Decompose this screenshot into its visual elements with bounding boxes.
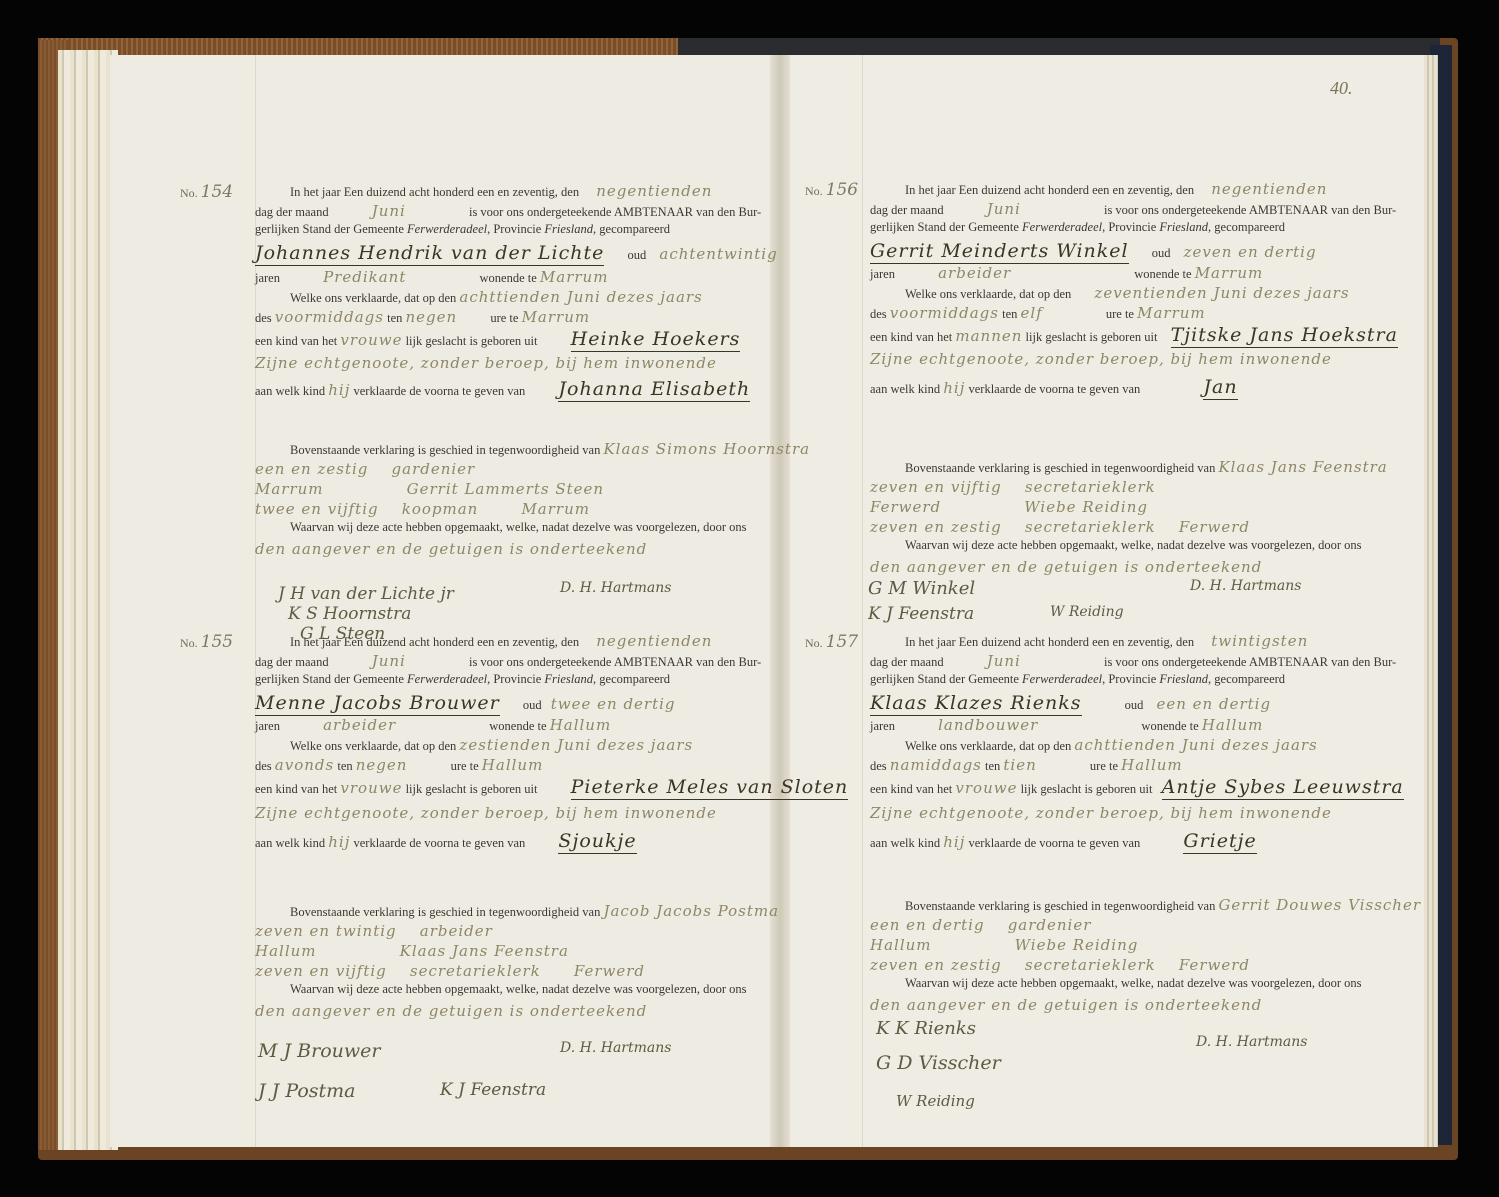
signature-official-155: D. H. Hartmans (560, 1040, 671, 1056)
label: Bovenstaande verklaring is geschied in t… (905, 899, 1215, 913)
hw-witness1-occupation: gardenier (1008, 916, 1092, 934)
hw-witness2-residence: Marrum (521, 500, 590, 518)
hw-declarant: Gerrit Meinderts Winkel (870, 240, 1129, 264)
hw-occupation: landbouwer (938, 716, 1038, 734)
entry-number: No. 154 (180, 182, 233, 202)
hw-hour: negen (356, 756, 408, 774)
label: is voor ons ondergeteekende AMBTENAAR va… (469, 655, 761, 669)
hw-witness2-name: Wiebe Reiding (1015, 936, 1139, 954)
signature-witness2-155: K J Feenstra (440, 1080, 546, 1100)
hw-month: Juni (987, 200, 1021, 218)
label: jaren (870, 719, 895, 733)
signature-declarant-154: J H van der Lichte jr (278, 584, 454, 604)
hw-pronoun: hij (328, 833, 350, 851)
label: Welke ons verklaarde, dat op den (290, 291, 456, 305)
gemeente: Ferwerderadeel (407, 672, 487, 686)
closing-text: Waarvan wij deze acte hebben opgemaakt, … (290, 982, 747, 996)
label: oud (1125, 698, 1144, 712)
printed-intro: In het jaar Een duizend acht honderd een… (290, 185, 579, 199)
signature-official-154: D. H. Hartmans (560, 580, 671, 596)
hw-witness1-residence: Hallum (870, 936, 932, 954)
printed-intro: In het jaar Een duizend acht honderd een… (290, 635, 579, 649)
hw-declarant: Klaas Klazes Rienks (870, 692, 1082, 716)
signature-witness1-157: G D Visscher (876, 1052, 1001, 1074)
hw-witness2-age: twee en vijftig (255, 500, 379, 518)
signature-witness1-154: K S Hoornstra (288, 604, 411, 624)
label: wonende te (1141, 719, 1198, 733)
hw-birth-day: zeventienden Juni dezes jaars (1094, 284, 1349, 302)
label: oud (523, 698, 542, 712)
label: lijk geslacht is geboren uit (1026, 330, 1158, 344)
hw-hour: negen (406, 308, 458, 326)
hw-sex: vrouwe (340, 331, 402, 349)
witness-block-155: Bovenstaande verklaring is geschied in t… (255, 902, 775, 1042)
hw-witness2-age: zeven en vijftig (255, 962, 387, 980)
hw-day: twintigsten (1211, 632, 1308, 650)
label: wonende te (1134, 267, 1191, 281)
hw-month: Juni (372, 652, 406, 670)
label: gerlijken Stand der Gemeente (870, 672, 1019, 686)
entry-number: No. 155 (180, 632, 233, 652)
hw-relation: Zijne echtgenoote, zonder beroep, bij he… (870, 804, 1332, 822)
hw-relation: Zijne echtgenoote, zonder beroep, bij he… (255, 804, 717, 822)
label: , Provincie (1102, 220, 1156, 234)
hw-sex: mannen (955, 327, 1022, 345)
hw-witness1-residence: Ferwerd (870, 498, 941, 516)
label: ure te (1106, 307, 1134, 321)
hw-residence: Marrum (1195, 264, 1264, 282)
page-stack-left (58, 50, 118, 1150)
hw-pronoun: hij (328, 381, 350, 399)
label: verklaarde de (353, 384, 421, 398)
label: dag der maand (255, 655, 329, 669)
hw-child-name: Grietje (1183, 830, 1256, 854)
label: voorna (424, 384, 459, 398)
label: een kind van het (870, 782, 952, 796)
witness-block-156: Bovenstaande verklaring is geschied in t… (870, 458, 1390, 598)
label: gerlijken Stand der Gemeente (255, 222, 404, 236)
hw-mother: Antje Sybes Leeuwstra (1162, 776, 1404, 800)
hw-witness1-name: Jacob Jacobs Postma (603, 902, 779, 920)
hw-witness1-age: een en zestig (255, 460, 368, 478)
gemeente: Ferwerderadeel (1022, 672, 1102, 686)
hw-witness2-occupation: koopman (402, 500, 479, 518)
label: is voor ons ondergeteekende AMBTENAAR va… (469, 205, 761, 219)
hw-witness1-occupation: secretarieklerk (1025, 478, 1156, 496)
label: ten (337, 759, 352, 773)
label: voorna (1039, 382, 1074, 396)
signature-witness2-157: W Reiding (896, 1092, 975, 1110)
hw-relation: Zijne echtgenoote, zonder beroep, bij he… (870, 350, 1332, 368)
label: een kind van het (870, 330, 952, 344)
label: ure te (451, 759, 479, 773)
label: , gecompareerd (593, 222, 670, 236)
hw-witness1-name: Gerrit Douwes Visscher (1218, 896, 1421, 914)
hw-declarant: Johannes Hendrik van der Lichte (255, 242, 604, 266)
hw-pronoun: hij (943, 379, 965, 397)
hw-birth-day: zestienden Juni dezes jaars (459, 736, 693, 754)
label: verklaarde de (968, 382, 1036, 396)
hw-day: negentienden (596, 632, 712, 650)
label: Bovenstaande verklaring is geschied in t… (905, 461, 1215, 475)
hw-witness1-age: zeven en vijftig (870, 478, 1002, 496)
label: des (870, 759, 887, 773)
hw-declarant: Menne Jacobs Brouwer (255, 692, 500, 716)
label: gerlijken Stand der Gemeente (870, 220, 1019, 234)
hw-child-name: Johanna Elisabeth (558, 378, 750, 402)
hw-witness2-residence: Ferwerd (1179, 518, 1250, 536)
hw-sex: vrouwe (340, 779, 402, 797)
label: aan welk kind (870, 382, 940, 396)
label: gerlijken Stand der Gemeente (255, 672, 404, 686)
label: te geven van (1077, 382, 1140, 396)
signature-witness1-155: J J Postma (258, 1080, 356, 1102)
label: ure te (1090, 759, 1118, 773)
label: dag der maand (255, 205, 329, 219)
hw-child-name: Jan (1203, 376, 1237, 400)
hw-birth-place: Marrum (1137, 304, 1206, 322)
hw-witness2-age: zeven en zestig (870, 956, 1002, 974)
label: , gecompareerd (1208, 672, 1285, 686)
register-entry-156: No. 156 In het jaar Een duizend acht hon… (805, 180, 1395, 410)
hw-day: negentienden (1211, 180, 1327, 198)
hw-witness2-name: Klaas Jans Feenstra (400, 942, 569, 960)
label: is voor ons ondergeteekende AMBTENAAR va… (1104, 203, 1396, 217)
hw-witness2-occupation: secretarieklerk (410, 962, 541, 980)
hw-witness1-occupation: gardenier (392, 460, 476, 478)
label: Welke ons verklaarde, dat op den (290, 739, 456, 753)
hw-age: een en dertig (1157, 695, 1272, 713)
hw-birth-place: Marrum (522, 308, 591, 326)
label: des (255, 311, 272, 325)
label: wonende te (489, 719, 546, 733)
label: jaren (870, 267, 895, 281)
hw-sex: vrouwe (955, 779, 1017, 797)
printed-intro: In het jaar Een duizend acht honderd een… (905, 635, 1194, 649)
hw-witness2-occupation: secretarieklerk (1025, 518, 1156, 536)
label: , gecompareerd (1208, 220, 1285, 234)
hw-month: Juni (987, 652, 1021, 670)
hw-occupation: arbeider (323, 716, 396, 734)
register-entry-155: No. 155 In het jaar Een duizend acht hon… (180, 632, 770, 862)
hw-time-of-day: namiddags (890, 756, 982, 774)
hw-age: zeven en dertig (1184, 243, 1317, 261)
witness-block-154: Bovenstaande verklaring is geschied in t… (255, 440, 775, 580)
label: des (870, 307, 887, 321)
label: jaren (255, 271, 280, 285)
hw-mother: Tjitske Jans Hoekstra (1171, 324, 1398, 348)
hw-closing: den aangever en de getuigen is onderteek… (870, 558, 1262, 576)
label: aan welk kind (870, 836, 940, 850)
label: dag der maand (870, 655, 944, 669)
hw-time-of-day: avonds (275, 756, 334, 774)
signature-declarant-155: M J Brouwer (258, 1040, 380, 1062)
hw-birth-place: Hallum (482, 756, 544, 774)
label: verklaarde de (353, 836, 421, 850)
label: wonende te (480, 271, 537, 285)
label: te geven van (462, 384, 525, 398)
label: lijk geslacht is geboren uit (406, 334, 538, 348)
closing-text: Waarvan wij deze acte hebben opgemaakt, … (290, 520, 747, 534)
hw-birth-place: Hallum (1121, 756, 1183, 774)
label: aan welk kind (255, 836, 325, 850)
hw-age: twee en dertig (551, 695, 676, 713)
hw-witness1-age: een en dertig (870, 916, 985, 934)
label: ten (387, 311, 402, 325)
label: Welke ons verklaarde, dat op den (905, 287, 1071, 301)
hw-witness1-residence: Marrum (255, 480, 324, 498)
label: aan welk kind (255, 384, 325, 398)
hw-witness1-residence: Hallum (255, 942, 317, 960)
label: , Provincie (1102, 672, 1156, 686)
label: te geven van (1077, 836, 1140, 850)
label: oud (628, 248, 647, 262)
hw-closing: den aangever en de getuigen is onderteek… (255, 1002, 647, 1020)
hw-witness2-name: Wiebe Reiding (1024, 498, 1148, 516)
entry-number: No. 156 (805, 180, 858, 200)
signature-declarant-156: G M Winkel (868, 578, 975, 599)
hw-residence: Hallum (550, 716, 612, 734)
label: , Provincie (487, 222, 541, 236)
closing-text: Waarvan wij deze acte hebben opgemaakt, … (905, 538, 1362, 552)
hw-closing: den aangever en de getuigen is onderteek… (255, 540, 647, 558)
signature-witness1-156: K J Feenstra (868, 604, 974, 624)
label: Bovenstaande verklaring is geschied in t… (290, 905, 600, 919)
register-entry-154: No. 154 In het jaar Een duizend acht hon… (180, 182, 770, 422)
provincie: Friesland (1159, 220, 1208, 234)
page-stack-right (1424, 55, 1438, 1147)
hw-witness2-residence: Ferwerd (574, 962, 645, 980)
hw-witness1-name: Klaas Jans Feenstra (1218, 458, 1387, 476)
signature-witness2-156: W Reiding (1050, 604, 1124, 620)
gemeente: Ferwerderadeel (407, 222, 487, 236)
provincie: Friesland (544, 672, 593, 686)
hw-witness2-residence: Ferwerd (1179, 956, 1250, 974)
label: voorna (424, 836, 459, 850)
hw-hour: elf (1021, 304, 1043, 322)
label: lijk geslacht is geboren uit (406, 782, 538, 796)
label: des (255, 759, 272, 773)
label: een kind van het (255, 782, 337, 796)
hw-relation: Zijne echtgenoote, zonder beroep, bij he… (255, 354, 717, 372)
label: is voor ons ondergeteekende AMBTENAAR va… (1104, 655, 1396, 669)
label: ure te (490, 311, 518, 325)
hw-witness2-name: Gerrit Lammerts Steen (407, 480, 604, 498)
hw-witness2-age: zeven en zestig (870, 518, 1002, 536)
hw-closing: den aangever en de getuigen is onderteek… (870, 996, 1262, 1014)
hw-month: Juni (372, 202, 406, 220)
signature-official-156: D. H. Hartmans (1190, 578, 1301, 594)
hw-pronoun: hij (943, 833, 965, 851)
register-entry-157: No. 157 In het jaar Een duizend acht hon… (805, 632, 1395, 862)
hw-occupation: arbeider (938, 264, 1011, 282)
label: jaren (255, 719, 280, 733)
hw-birth-day: achttienden Juni dezes jaars (459, 288, 702, 306)
label: te geven van (462, 836, 525, 850)
provincie: Friesland (544, 222, 593, 236)
hw-occupation: Predikant (323, 268, 406, 286)
provincie: Friesland (1159, 672, 1208, 686)
label: lijk geslacht is geboren uit (1021, 782, 1153, 796)
hw-residence: Marrum (540, 268, 609, 286)
label: , Provincie (487, 672, 541, 686)
label: voorna (1039, 836, 1074, 850)
label: ten (985, 759, 1000, 773)
hw-birth-day: achttienden Juni dezes jaars (1074, 736, 1317, 754)
hw-day: negentienden (596, 182, 712, 200)
hw-mother: Heinke Hoekers (571, 328, 741, 352)
label: Welke ons verklaarde, dat op den (905, 739, 1071, 753)
hw-child-name: Sjoukje (558, 830, 636, 854)
hw-hour: tien (1003, 756, 1036, 774)
signature-declarant-157: K K Rienks (876, 1018, 976, 1039)
gemeente: Ferwerderadeel (1022, 220, 1102, 234)
label: oud (1152, 246, 1171, 260)
label: , gecompareerd (593, 672, 670, 686)
label: Bovenstaande verklaring is geschied in t… (290, 443, 600, 457)
printed-intro: In het jaar Een duizend acht honderd een… (905, 183, 1194, 197)
folio-number: 40. (1330, 78, 1353, 99)
hw-age: achtentwintig (659, 245, 777, 263)
hw-witness1-occupation: arbeider (420, 922, 493, 940)
hw-witness2-occupation: secretarieklerk (1025, 956, 1156, 974)
entry-number: No. 157 (805, 632, 858, 652)
signature-official-157: D. H. Hartmans (1196, 1034, 1307, 1050)
hw-time-of-day: voormiddags (275, 308, 384, 326)
label: een kind van het (255, 334, 337, 348)
hw-witness1-age: zeven en twintig (255, 922, 397, 940)
witness-block-157: Bovenstaande verklaring is geschied in t… (870, 896, 1390, 1036)
closing-text: Waarvan wij deze acte hebben opgemaakt, … (905, 976, 1362, 990)
hw-time-of-day: voormiddags (890, 304, 999, 322)
hw-residence: Hallum (1202, 716, 1264, 734)
label: dag der maand (870, 203, 944, 217)
label: ten (1002, 307, 1017, 321)
label: verklaarde de (968, 836, 1036, 850)
hw-witness1-name: Klaas Simons Hoornstra (603, 440, 810, 458)
